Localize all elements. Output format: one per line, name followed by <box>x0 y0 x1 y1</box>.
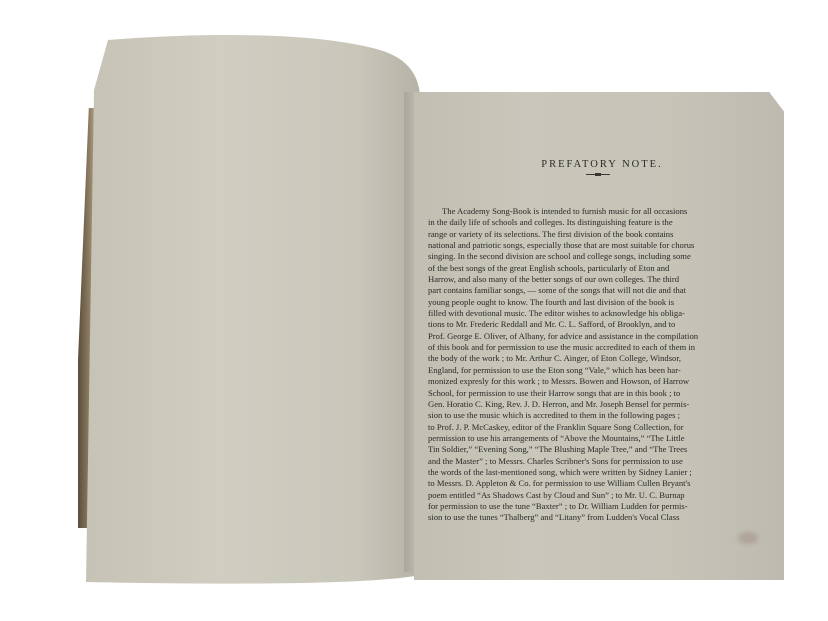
text-line: monized expresly for this work ; to Mess… <box>428 376 768 387</box>
text-line: the words of the last-mentioned song, wh… <box>428 467 768 478</box>
text-line: singing. In the second division are scho… <box>428 251 768 262</box>
text-line: Harrow, and also many of the better song… <box>428 274 768 285</box>
text-line: sion to use the tunes “Thalberg” and “Li… <box>428 512 768 523</box>
open-book-photo: PREFATORY NOTE. The Academy Song-Book is… <box>0 0 828 621</box>
text-line: range or variety of its selections. The … <box>428 229 768 240</box>
text-line: part contains familiar songs, — some of … <box>428 285 768 296</box>
text-line: School, for permission to use their Harr… <box>428 388 768 399</box>
text-line: and the Master” ; to Messrs. Charles Scr… <box>428 456 768 467</box>
right-page: PREFATORY NOTE. The Academy Song-Book is… <box>414 92 784 580</box>
text-line: tions to Mr. Frederic Reddall and Mr. C.… <box>428 319 768 330</box>
text-line: Gen. Horatio C. King, Rev. J. D. Herron,… <box>428 399 768 410</box>
page-heading: PREFATORY NOTE. <box>482 159 722 170</box>
text-line: The Academy Song-Book is intended to fur… <box>428 206 768 217</box>
ornament-rule <box>586 174 610 175</box>
text-line: permission to use his arrangements of “A… <box>428 433 768 444</box>
left-page-blank <box>86 30 426 590</box>
text-line: sion to use the music which is accredite… <box>428 410 768 421</box>
text-line: filled with devotional music. The editor… <box>428 308 768 319</box>
text-line: the body of the work ; to Mr. Arthur C. … <box>428 353 768 364</box>
text-line: Tin Soldier,” “Evening Song,” “The Blush… <box>428 444 768 455</box>
text-line: national and patriotic songs, especially… <box>428 240 768 251</box>
text-line: to Messrs. D. Appleton & Co. for permiss… <box>428 478 768 489</box>
text-line: for permission to use the tune “Baxter” … <box>428 501 768 512</box>
prefatory-text: The Academy Song-Book is intended to fur… <box>428 206 768 524</box>
text-line: of the best songs of the great English s… <box>428 263 768 274</box>
text-line: young people ought to know. The fourth a… <box>428 297 768 308</box>
text-line: of this book and for permission to use t… <box>428 342 768 353</box>
text-line: poem entitled “As Shadows Cast by Cloud … <box>428 490 768 501</box>
text-line: England, for permission to use the Eton … <box>428 365 768 376</box>
text-line: Prof. George E. Oliver, of Albany, for a… <box>428 331 768 342</box>
text-line: in the daily life of schools and college… <box>428 217 768 228</box>
paper-stain <box>738 532 758 544</box>
text-line: to Prof. J. P. McCaskey, editor of the F… <box>428 422 768 433</box>
